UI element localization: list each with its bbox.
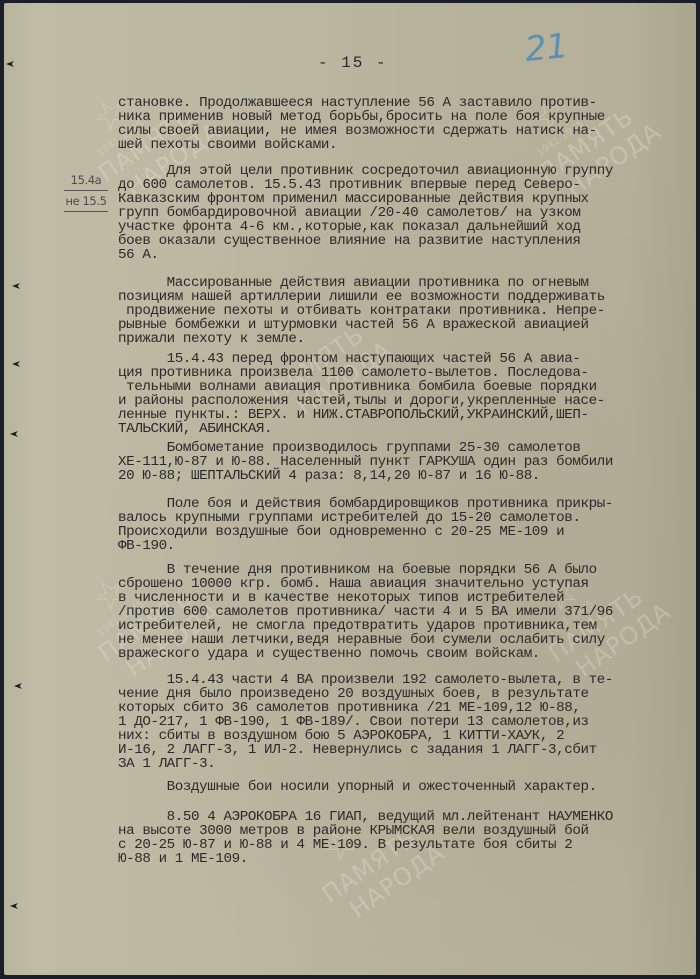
paragraph: 15.4.43 части 4 ВА произвели 192 самолет…: [118, 673, 688, 771]
paragraph: 8.50 4 АЭРОКОБРА 16 ГИАП, ведущий мл.лей…: [118, 810, 688, 866]
archive-stamp: 21: [523, 26, 569, 70]
margin-note: 15.4а не 15.5: [64, 170, 108, 212]
paragraph: Массированные действия авиации противник…: [118, 276, 688, 346]
paragraph: Для этой цели противник сосредоточил ави…: [118, 164, 688, 262]
page-number: - 15 -: [318, 54, 388, 72]
typed-document: - 15 - 21 15.4а не 15.5 становке. Продол…: [0, 0, 700, 979]
paragraph: Воздушные бои носили упорный и ожесточен…: [118, 780, 688, 794]
paragraph: 15.4.43 перед фронтом наступающих частей…: [118, 352, 688, 436]
paragraph: Поле боя и действия бомбардировщиков про…: [118, 497, 688, 553]
paragraph: становке. Продолжавшееся наступление 56 …: [118, 96, 688, 152]
paragraph: В течение дня противником на боевые поря…: [118, 563, 688, 661]
paragraph: Бомбометание производилось группами 25-3…: [118, 441, 688, 483]
